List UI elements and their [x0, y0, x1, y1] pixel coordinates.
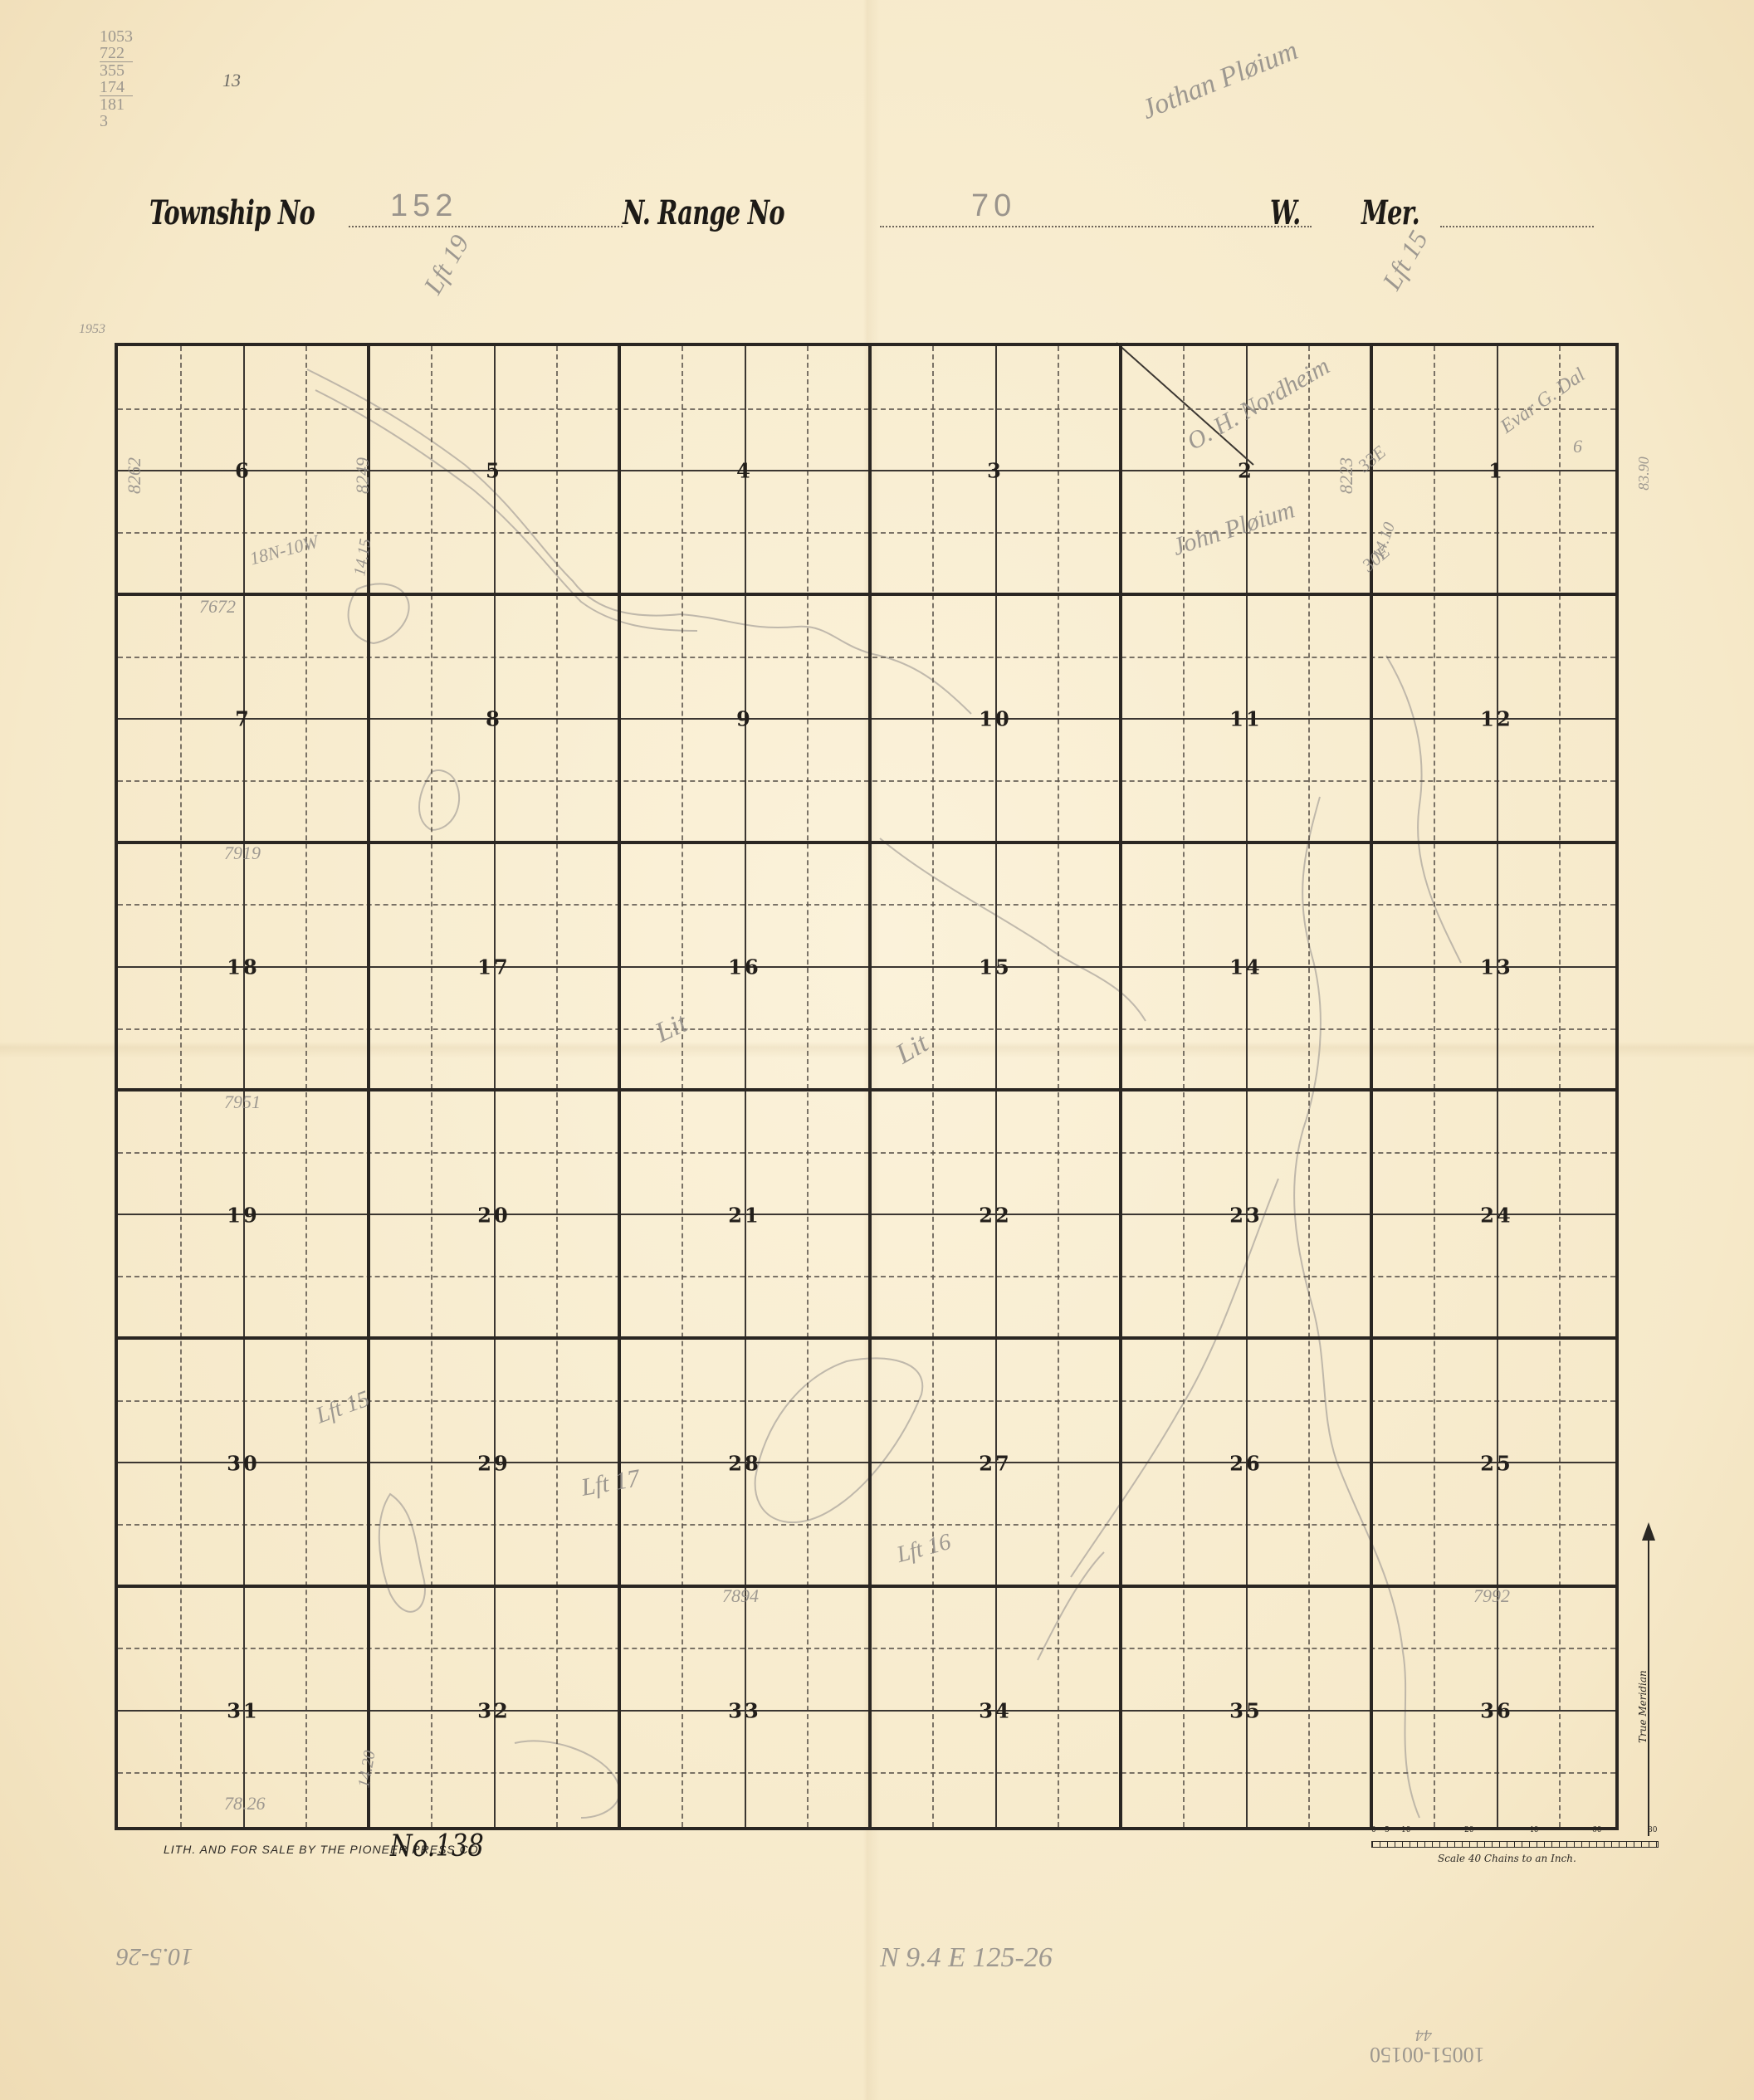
scale-tick: 5 [1385, 1826, 1390, 1834]
section-number: 24 [1478, 1203, 1514, 1227]
scale-tick: 60 [1592, 1826, 1601, 1834]
section-6[interactable]: 6 [118, 346, 369, 594]
section-number: 16 [726, 955, 762, 979]
calc-line: 3 [100, 113, 133, 129]
scale-tick: 40 [1529, 1826, 1538, 1834]
section-29[interactable]: 29 [369, 1339, 619, 1587]
bottom-middle-note: N 9.4 E 125-26 [880, 1942, 1053, 1974]
section-number: 31 [225, 1698, 261, 1722]
scale-ruler [1371, 1841, 1659, 1848]
section-25[interactable]: 25 [1371, 1339, 1622, 1587]
bearing-7951: 7951 [224, 1092, 261, 1113]
bearing-8249: 8249 [352, 457, 374, 494]
section-24[interactable]: 24 [1371, 1091, 1622, 1339]
section-17[interactable]: 17 [369, 842, 619, 1091]
section-12[interactable]: 12 [1371, 594, 1622, 842]
section-number: 1 [1487, 458, 1507, 482]
section-number: 29 [476, 1451, 511, 1475]
section-number: 3 [985, 458, 1005, 482]
section-28[interactable]: 28 [619, 1339, 870, 1587]
archive-id: 10051-00150 [1370, 2042, 1485, 2067]
margin-1953: 1953 [79, 322, 105, 337]
bearing-7919: 7919 [224, 842, 261, 864]
section-number: 22 [977, 1203, 1013, 1227]
calc-line: 1053 [100, 28, 133, 45]
section-2[interactable]: 2 [1121, 346, 1371, 594]
true-meridian-line [1648, 1537, 1654, 1836]
plate-number: No.138 [390, 1829, 484, 1863]
range-label: N. Range No [623, 193, 784, 232]
range-underline [880, 226, 1312, 227]
scale-tick: 20 [1464, 1826, 1473, 1834]
section-number: 12 [1478, 706, 1514, 730]
section-34[interactable]: 34 [870, 1587, 1121, 1834]
bearing-7826: 78.26 [224, 1793, 266, 1814]
section-20[interactable]: 20 [369, 1091, 619, 1339]
section-26[interactable]: 26 [1121, 1339, 1371, 1587]
section-number: 8 [484, 706, 504, 730]
section-number: 23 [1228, 1203, 1263, 1227]
section-9[interactable]: 9 [619, 594, 870, 842]
section-19[interactable]: 19 [118, 1091, 369, 1339]
section-number: 6 [233, 458, 253, 482]
calc-line: 181 [100, 95, 133, 113]
section-number: 28 [726, 1451, 762, 1475]
calc-line: 722 [100, 45, 133, 61]
section-number: 21 [726, 1203, 762, 1227]
section-7[interactable]: 7 [118, 594, 369, 842]
section-11[interactable]: 11 [1121, 594, 1371, 842]
section-number: 5 [484, 458, 504, 482]
section-23[interactable]: 23 [1121, 1091, 1371, 1339]
township-underline [349, 226, 623, 227]
section-10[interactable]: 10 [870, 594, 1121, 842]
section-number: 27 [977, 1451, 1013, 1475]
section-number: 20 [476, 1203, 511, 1227]
section-number: 2 [1236, 458, 1256, 482]
section-number: 17 [476, 955, 511, 979]
meridian-underline [1440, 226, 1594, 227]
section-number: 32 [476, 1698, 511, 1722]
scale-caption: Scale 40 Chains to an Inch. [1438, 1853, 1576, 1864]
township-grid: 6 5 4 3 2 1 7 8 9 10 11 12 18 17 16 15 1… [115, 343, 1619, 1830]
scale-tick: 0 [1371, 1826, 1376, 1834]
section-35[interactable]: 35 [1121, 1587, 1371, 1834]
west-label: W. [1270, 193, 1300, 232]
section-32[interactable]: 32 [369, 1587, 619, 1834]
section-number: 10 [977, 706, 1013, 730]
margin-right-8390: 83.90 [1635, 457, 1653, 491]
bearing-7672: 7672 [199, 596, 236, 618]
section-number: 33 [726, 1698, 762, 1722]
section-13[interactable]: 13 [1371, 842, 1622, 1091]
section-21[interactable]: 21 [619, 1091, 870, 1339]
township-label: Township No [149, 193, 315, 232]
bearing-8223: 8223 [1336, 457, 1357, 494]
bearing-7992: 7992 [1473, 1585, 1510, 1607]
calc-line: 355 [100, 61, 133, 79]
section-number: 7 [233, 706, 253, 730]
section-number: 18 [225, 955, 261, 979]
scale-tick: 10 [1401, 1826, 1410, 1834]
section-number: 11 [1228, 706, 1263, 730]
pencil-13: 13 [222, 70, 241, 91]
section-4[interactable]: 4 [619, 346, 870, 594]
section-number: 36 [1478, 1698, 1514, 1722]
section-5[interactable]: 5 [369, 346, 619, 594]
section-number: 25 [1478, 1451, 1514, 1475]
true-meridian-label: True Meridian [1637, 1670, 1649, 1743]
section-number: 13 [1478, 955, 1514, 979]
section-36[interactable]: 36 [1371, 1587, 1622, 1834]
bottom-44: 44 [1415, 2025, 1432, 2044]
section-33[interactable]: 33 [619, 1587, 870, 1834]
section-22[interactable]: 22 [870, 1091, 1121, 1339]
section-8[interactable]: 8 [369, 594, 619, 842]
pencil-calculation: 1053 722 355 174 181 3 [100, 28, 133, 129]
range-value: 70 [971, 188, 1016, 224]
section-number: 9 [735, 706, 755, 730]
section-number: 4 [735, 458, 755, 482]
section-14[interactable]: 14 [1121, 842, 1371, 1091]
township-value: 152 [390, 188, 457, 224]
section-3[interactable]: 3 [870, 346, 1121, 594]
scale-bar: 0 5 10 20 40 60 80 Scale 40 Chains to an… [1371, 1826, 1659, 1868]
section-number: 35 [1228, 1698, 1263, 1722]
calc-line: 174 [100, 79, 133, 95]
section1-note: 6 [1573, 436, 1582, 457]
section-18[interactable]: 18 [118, 842, 369, 1091]
section-number: 14 [1228, 955, 1263, 979]
plat-header: Township No 152 N. Range No 70 W. Mer. [149, 189, 1594, 239]
bearing-7894: 7894 [722, 1585, 759, 1607]
section-number: 30 [225, 1451, 261, 1475]
section-number: 15 [977, 955, 1013, 979]
section-number: 34 [977, 1698, 1013, 1722]
bearing-8262: 8262 [124, 457, 145, 494]
section-number: 19 [225, 1203, 261, 1227]
section-30[interactable]: 30 [118, 1339, 369, 1587]
north-arrow-icon [1642, 1522, 1655, 1541]
section-16[interactable]: 16 [619, 842, 870, 1091]
bottom-left-note: 10.5-26 [116, 1942, 193, 1971]
section-number: 26 [1228, 1451, 1263, 1475]
